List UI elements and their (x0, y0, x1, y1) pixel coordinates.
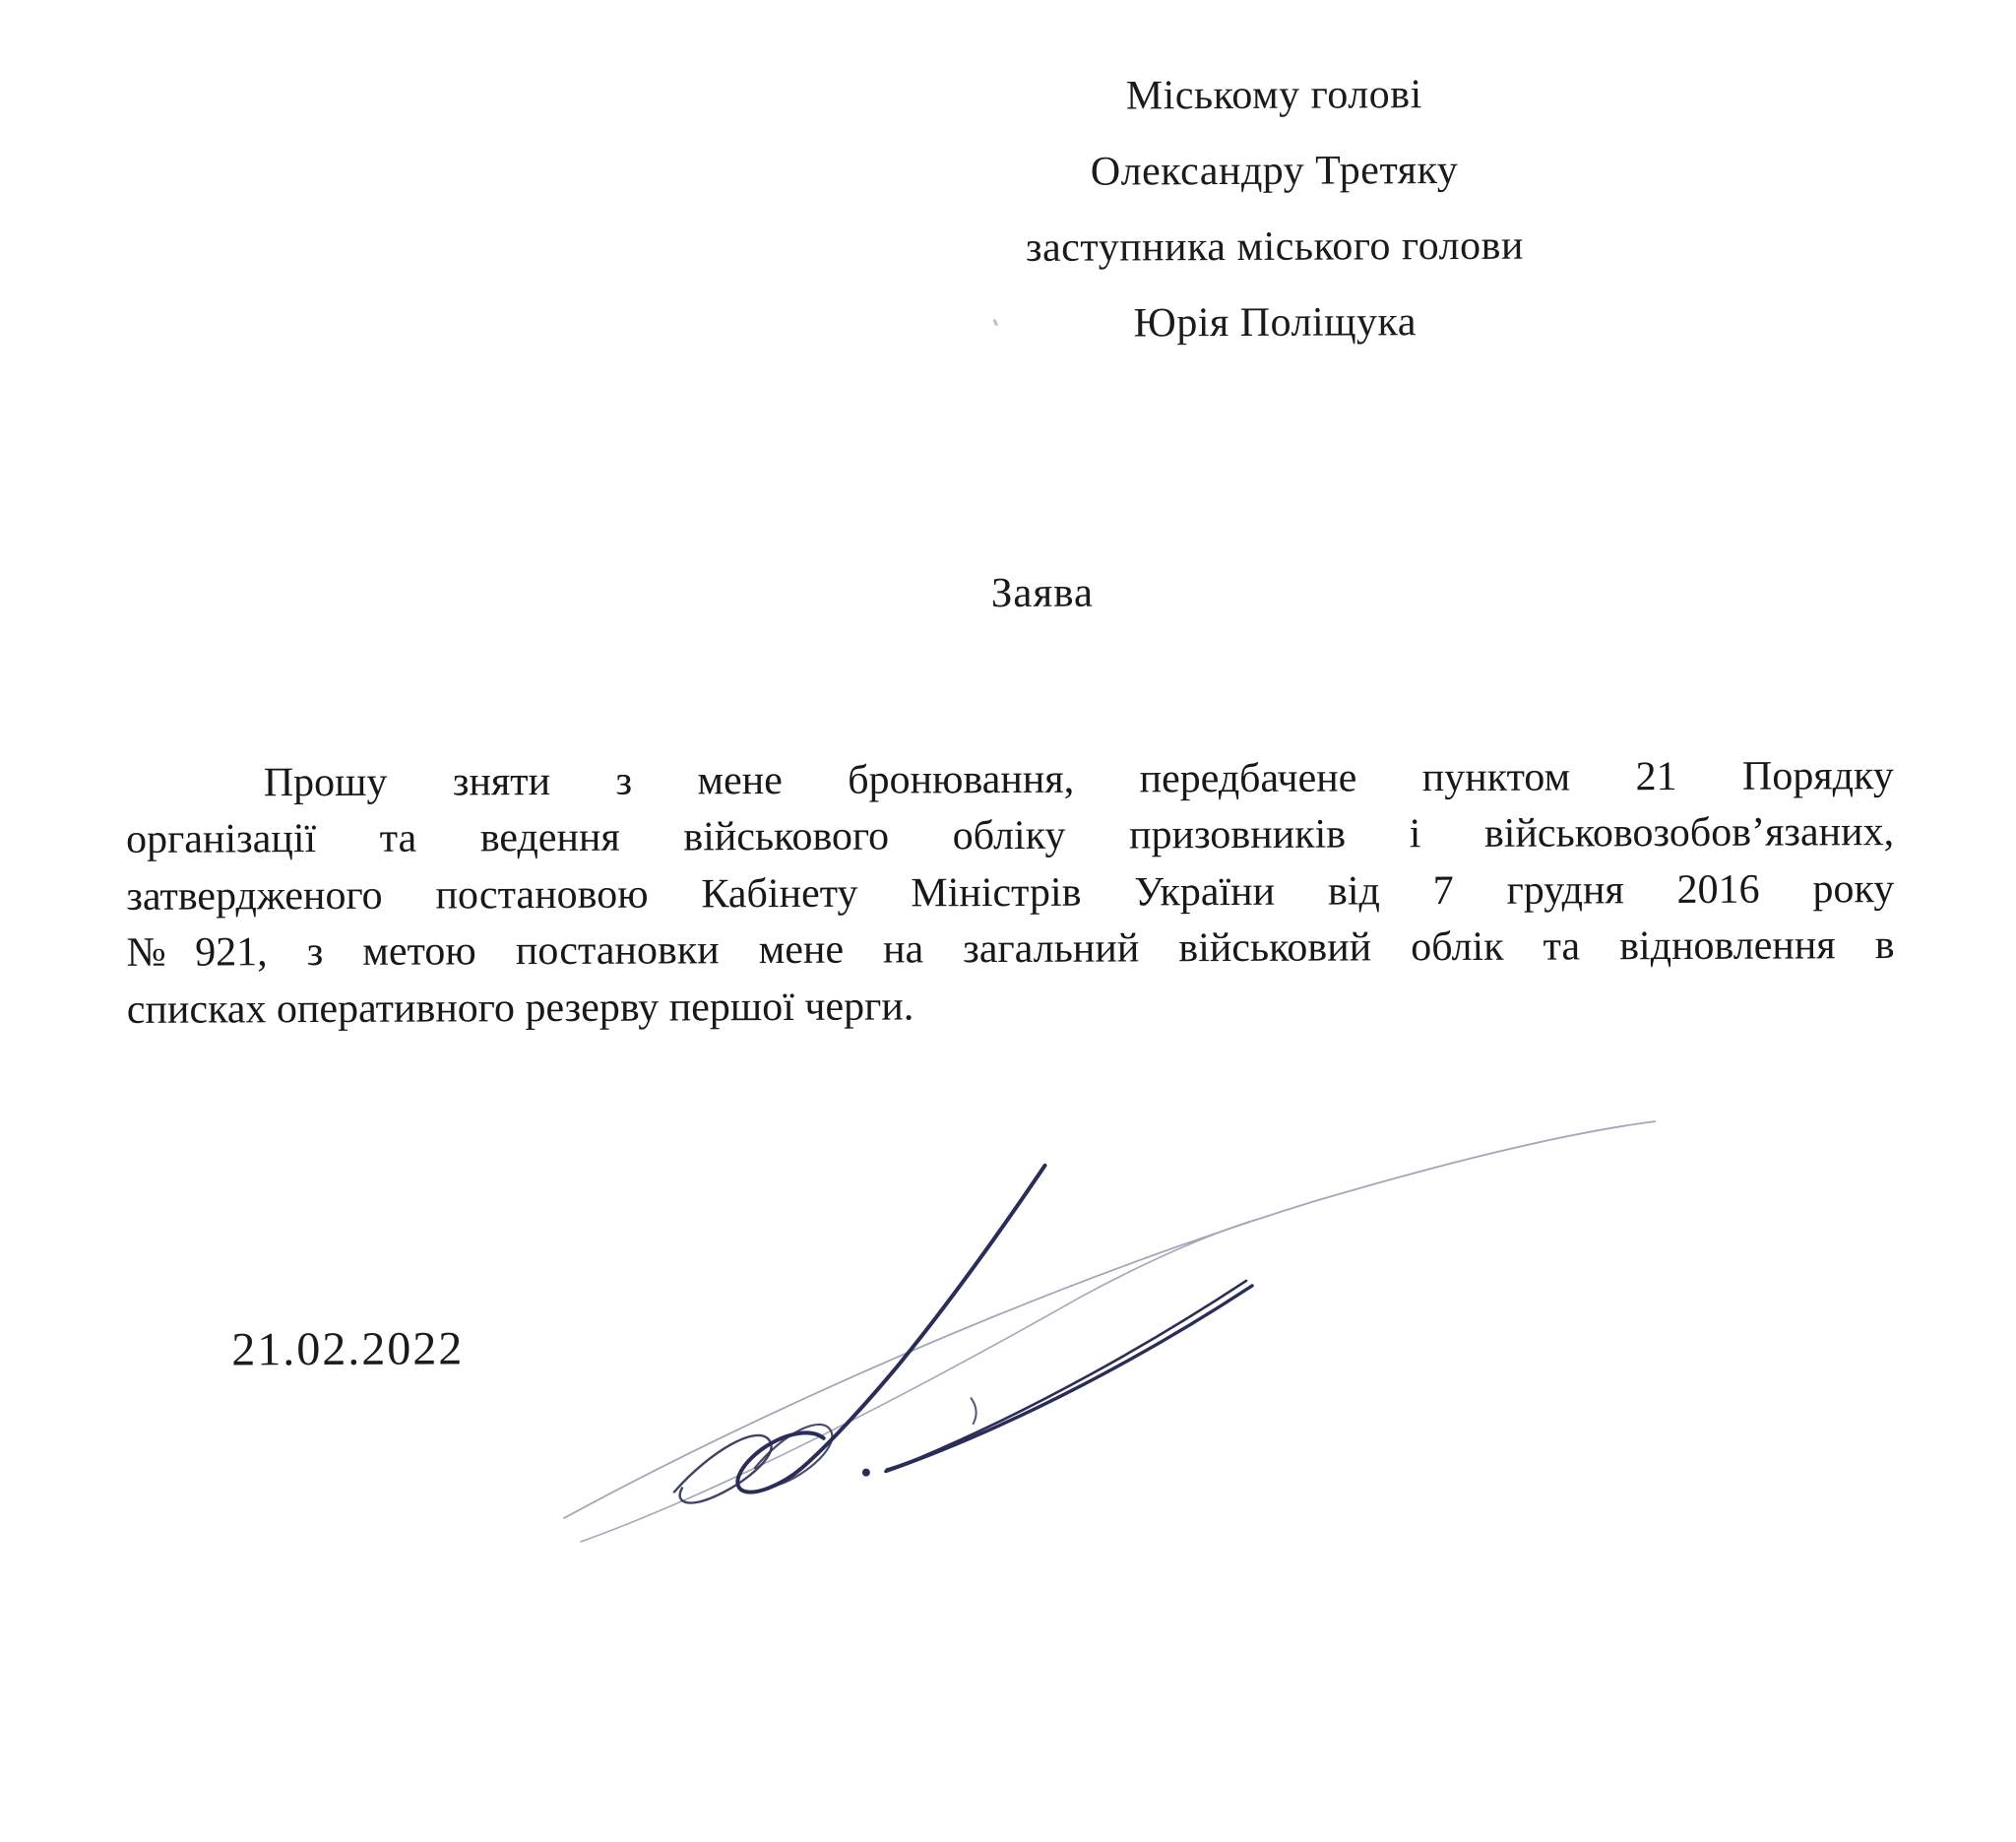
signature-stroke (736, 1166, 1046, 1493)
body-line: Прошу зняти з мене бронювання, передбаче… (126, 748, 1894, 812)
body-line: списках оперативного резерву першої черг… (127, 975, 1895, 1039)
date-text: 21.02.2022 (231, 1321, 464, 1376)
body-line: організації та ведення військового облік… (126, 804, 1894, 868)
recipient-line-applicant-title: заступника міського голови (986, 209, 1562, 287)
recipient-line-applicant-name: Юрія Поліщука (987, 285, 1563, 363)
body-paragraph: Прошу зняти з мене бронювання, передбаче… (126, 748, 1895, 1039)
handwritten-signature (505, 1092, 1678, 1569)
recipient-block: Міському голові Олександру Третяку засту… (986, 57, 1563, 363)
body-line: затвердженого постановою Кабінету Мініст… (126, 861, 1894, 925)
recipient-line-addressee-title: Міському голові (986, 57, 1562, 136)
document-title: Заява (0, 565, 2015, 622)
signature-stroke (562, 1121, 1657, 1518)
scanned-document-page: Міському голові Олександру Третяку засту… (0, 0, 2016, 1842)
signature-stroke (972, 1398, 976, 1424)
recipient-line-addressee-name: Олександру Третяку (986, 133, 1562, 212)
scan-content: Міському голові Олександру Третяку засту… (0, 0, 2016, 1842)
body-line: №921, з метою постановки мене на загальн… (126, 918, 1894, 982)
signature-ink-dot (862, 1469, 870, 1477)
